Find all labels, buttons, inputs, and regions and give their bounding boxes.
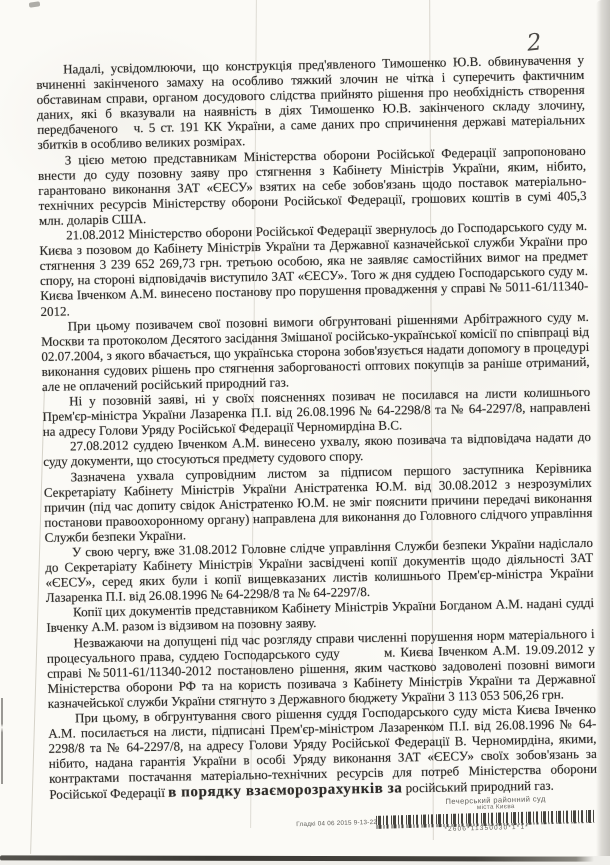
scan-smudge — [29, 1, 41, 7]
paragraph: Надалі, усвідомлюючи, що конструкція пре… — [36, 52, 586, 153]
scanned-court-document: { "document": { "page_number": "2", "par… — [0, 0, 610, 865]
scanned-page: 2 Надалі, усвідомлюючи, що конструкція п… — [0, 0, 610, 865]
scan-right-edge — [596, 0, 610, 865]
stamp-scan-caption: Гладкі 04 06 2015 9-13-22 — [296, 819, 376, 828]
document-body-text: Надалі, усвідомлюючи, що конструкція пре… — [36, 52, 597, 803]
paragraph: При цьому, в обгрунтування свого рішення… — [48, 701, 598, 803]
paragraph: Незважаючи на допущені під час розгляду … — [47, 625, 596, 710]
paragraph: Зазначена ухвала супровідним листом за п… — [43, 459, 592, 544]
paragraph: 21.08.2012 Міністерство оборони Російськ… — [39, 218, 589, 319]
scan-edge-mark — [1, 698, 3, 784]
paragraph: У свою чергу, вже 31.08.2012 Головне слі… — [45, 535, 594, 605]
paragraphs: Надалі, усвідомлюючи, що конструкція пре… — [36, 52, 597, 803]
paragraph-text: російський природний газ. — [402, 777, 554, 795]
paragraph: З цією метою представникам Міністерства … — [38, 143, 587, 228]
paragraph: При цьому позивачем свої позовні вимоги … — [41, 309, 590, 394]
emphasized-text: в порядку взаєморозрахунків за — [168, 780, 403, 800]
court-registry-stamp: Печерський районний суд міста Києва Глад… — [296, 793, 595, 837]
